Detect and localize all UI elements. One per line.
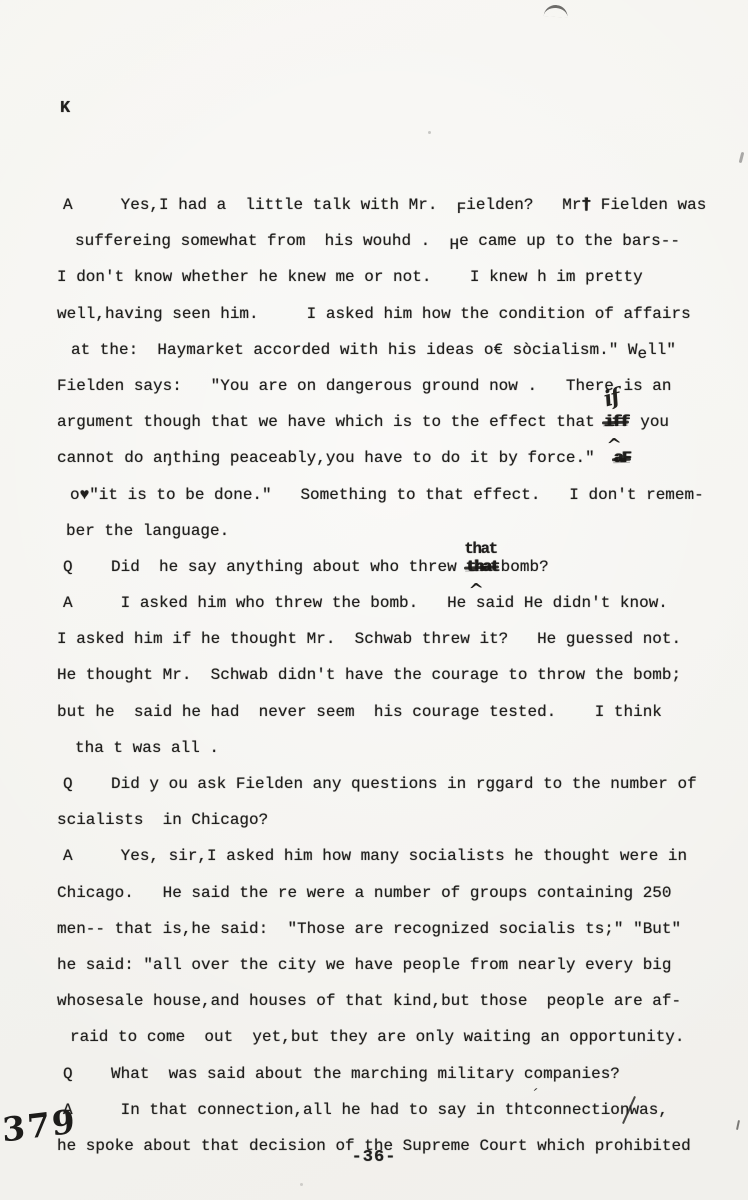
text-segment: A In that connection,all he had to say i… <box>63 1101 533 1119</box>
typed-line: I asked him if he thought Mr. Schwab thr… <box>57 621 738 657</box>
text-segment: ll" <box>647 341 676 359</box>
text-segment: nw <box>620 1101 639 1119</box>
text-segment: ber the language. <box>66 522 229 540</box>
text-segment: suffereing somewhat from his wouhd . <box>75 232 449 250</box>
text-segment: argument though that we have which is to… <box>57 413 604 431</box>
text-segment: Q Did he say anything about who threw <box>63 558 466 576</box>
typed-line: raid to come out yet,but they are only w… <box>70 1019 738 1055</box>
typed-line: whosesale house,and houses of that kind,… <box>57 983 738 1019</box>
text-segment: Q Did y ou ask Fielden any questions in … <box>63 775 697 793</box>
text-segment: H <box>449 236 459 254</box>
text-segment: I asked him if he thought Mr. Schwab thr… <box>57 630 681 648</box>
text-segment: Chicago. He said the re were a number of… <box>57 884 672 902</box>
text-segment: connectio <box>533 1101 619 1119</box>
typed-line: A I asked him who threw the bomb. He sai… <box>63 585 738 621</box>
typed-line: men-- that is,he said: "Those are recogn… <box>57 911 738 947</box>
text-segment: men-- that is,he said: "Those are recogn… <box>57 920 681 938</box>
paper-speck <box>300 1183 303 1186</box>
text-segment: Fielden says: "You are on dangerous grou… <box>57 377 672 395</box>
text-segment: I don't know whether he knew me or not. … <box>57 268 643 286</box>
text-segment: cannot do aŋthing peaceably,you have to … <box>57 449 614 467</box>
text-segment: † <box>582 196 592 214</box>
text-segment: Q What was said about the marching milit… <box>63 1065 620 1083</box>
text-segment: tha t was all . <box>75 739 219 757</box>
correction-above: that <box>464 541 488 557</box>
document-page: K A Yes,I had a little talk with Mr. Fie… <box>0 0 748 1200</box>
typed-line: cannot do aŋthing peaceably,you have to … <box>57 440 738 476</box>
text-segment: bomb? <box>501 558 549 576</box>
text-segment: e <box>638 345 648 363</box>
typed-line: argument though that we have which is to… <box>57 404 738 440</box>
text-segment: ielden? Mr <box>466 196 581 214</box>
text-segment: scialists in Chicago? <box>57 811 268 829</box>
typed-line: A In that connection,all he had to say i… <box>63 1092 738 1128</box>
paper-speck <box>428 131 431 134</box>
text-segment: at the: Haymarket accorded with his idea… <box>71 341 638 359</box>
typed-line: Fielden says: "You are on dangerous grou… <box>57 368 738 404</box>
text-segment: F <box>457 200 467 218</box>
text-segment: aF <box>614 449 630 467</box>
text-segment: e came up to the bars-- <box>459 232 680 250</box>
text-segment: whosesale house,and houses of that kind,… <box>57 992 681 1010</box>
text-segment: o♥"it is to be done." Something to that … <box>70 486 704 504</box>
typed-line: A Yes, sir,I asked him how many socialis… <box>63 838 738 874</box>
text-segment: you <box>631 413 669 431</box>
text-segment: but he said he had never seem his courag… <box>57 703 662 721</box>
typed-line: tha t was all . <box>75 730 738 766</box>
typed-line: he said: "all over the city we have peop… <box>57 947 738 983</box>
text-segment: iffif^ <box>604 413 628 431</box>
stray-ink-mark <box>739 152 745 163</box>
typed-line: suffereing somewhat from his wouhd . He … <box>75 223 738 259</box>
text-segment: thatthat^ <box>466 558 498 576</box>
text-segment: as, <box>639 1101 668 1119</box>
text-segment: He thought Mr. Schwab didn't have the co… <box>57 666 681 684</box>
typed-line: Q Did he say anything about who threw th… <box>63 549 738 585</box>
typed-line: Q What was said about the marching milit… <box>63 1056 738 1092</box>
text-segment: he said: "all over the city we have peop… <box>57 956 672 974</box>
margin-letter: K <box>60 99 70 118</box>
text-segment: A I asked him who threw the bomb. He sai… <box>63 594 668 612</box>
page-number: -36- <box>0 1148 748 1167</box>
typed-line: well,having seen him. I asked him how th… <box>57 296 738 332</box>
typed-line: ber the language. <box>66 513 738 549</box>
typed-line: Chicago. He said the re were a number of… <box>57 875 738 911</box>
typed-line: I don't know whether he knew me or not. … <box>57 259 738 295</box>
typed-line: Q Did y ou ask Fielden any questions in … <box>63 766 738 802</box>
pen-mark-top <box>544 4 569 18</box>
text-segment: Fielden was <box>591 196 706 214</box>
text-segment: A Yes, sir,I asked him how many socialis… <box>63 847 687 865</box>
typed-line: but he said he had never seem his courag… <box>57 694 738 730</box>
typed-line: scialists in Chicago? <box>57 802 738 838</box>
typed-text-block: A Yes,I had a little talk with Mr. Field… <box>57 187 738 1164</box>
text-segment: well,having seen him. I asked him how th… <box>57 305 691 323</box>
typed-line: o♥"it is to be done." Something to that … <box>70 477 738 513</box>
typed-line: A Yes,I had a little talk with Mr. Field… <box>63 187 738 223</box>
typed-line: He thought Mr. Schwab didn't have the co… <box>57 657 738 693</box>
typed-line: at the: Haymarket accorded with his idea… <box>71 332 738 368</box>
text-segment: raid to come out yet,but they are only w… <box>70 1028 685 1046</box>
text-segment: A Yes,I had a little talk with Mr. <box>63 196 457 214</box>
